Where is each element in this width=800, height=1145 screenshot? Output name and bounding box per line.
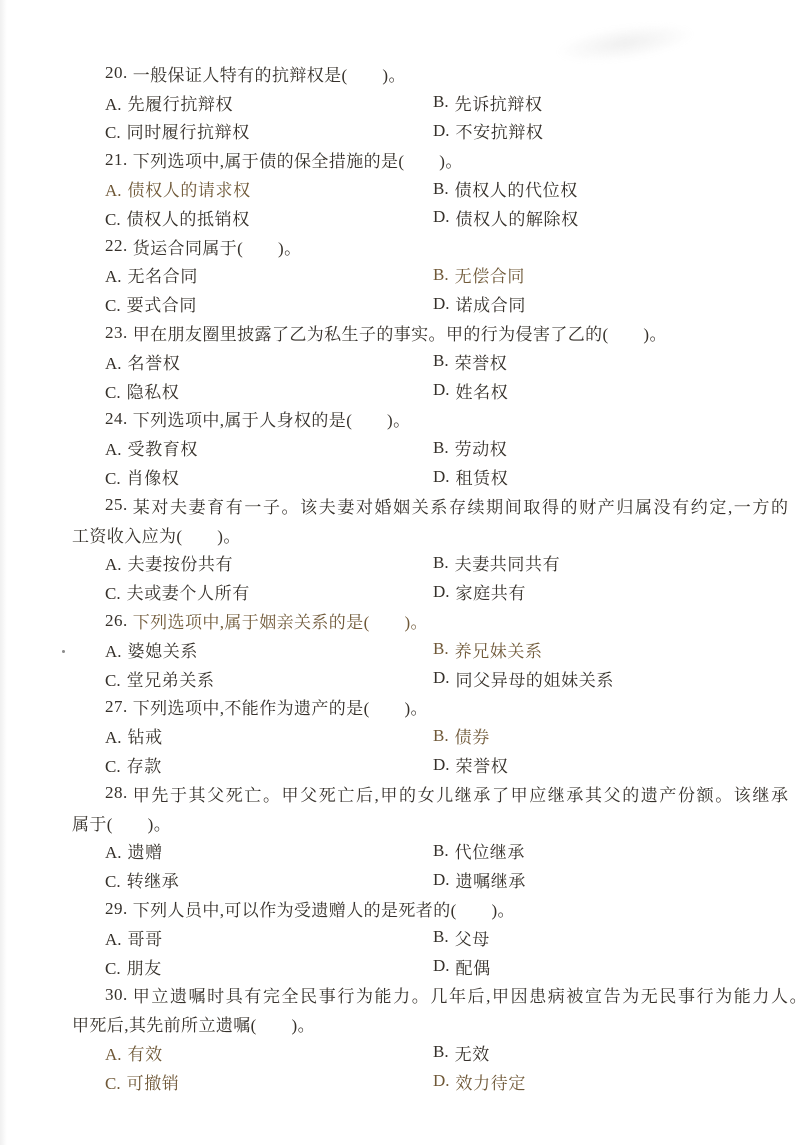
option-text: 债权人的请求权 [128, 176, 251, 201]
option-text: 债券 [455, 723, 490, 748]
option-row: A.债权人的请求权B.债权人的代位权 [72, 174, 764, 203]
question-line: 27.下列选项中,不能作为遗产的是( )。 [72, 693, 764, 722]
option-text: 姓名权 [456, 378, 509, 403]
option-b: B.无偿合同 [433, 261, 525, 290]
option-row: A.哥哥B.父母 [72, 923, 764, 952]
option-text: 堂兄弟关系 [127, 666, 215, 691]
question-list: 20.一般保证人特有的抗辩权是( )。A.先履行抗辩权B.先诉抗辩权C.同时履行… [72, 59, 764, 1096]
option-text: 父母 [455, 925, 490, 950]
option-a: A.钻戒 [105, 723, 163, 748]
question-block: 25.某对夫妻育有一子。该夫妻对婚姻关系存续期间取得的财产归属没有约定,一方的工… [72, 491, 764, 606]
option-d: D.效力待定 [433, 1067, 526, 1096]
exam-page: 20.一般保证人特有的抗辩权是( )。A.先履行抗辩权B.先诉抗辩权C.同时履行… [0, 0, 800, 1145]
option-b: B.债券 [433, 721, 490, 750]
option-text: 夫或妻个人所有 [127, 579, 250, 604]
option-row: A.无名合同B.无偿合同 [72, 261, 764, 290]
option-label: A. [105, 181, 122, 201]
option-text: 遗赠 [128, 838, 163, 863]
question-line: 25.某对夫妻育有一子。该夫妻对婚姻关系存续期间取得的财产归属没有约定,一方的 [72, 491, 764, 520]
option-d: D.荣誉权 [433, 750, 508, 779]
question-number: 29. [105, 899, 128, 919]
option-label: A. [105, 642, 122, 662]
option-text: 债权人的抵销权 [127, 205, 250, 230]
option-label: A. [105, 843, 122, 863]
option-label: B. [433, 841, 449, 861]
option-label: B. [433, 927, 449, 947]
question-line: 30.甲立遗嘱时具有完全民事行为能力。几年后,甲因患病被宣告为无民事行为能力人。 [72, 981, 764, 1010]
question-text: 下列人员中,可以作为受遗赠人的是死者的( )。 [133, 896, 515, 921]
option-text: 同时履行抗辩权 [127, 118, 250, 143]
option-label: C. [105, 210, 121, 230]
option-row: C.债权人的抵销权D.债权人的解除权 [72, 203, 764, 232]
question-block: 29.下列人员中,可以作为受遗赠人的是死者的( )。A.哥哥B.父母C.朋友D.… [72, 894, 764, 980]
option-d: D.同父异母的姐妹关系 [433, 664, 614, 693]
option-label: B. [433, 726, 449, 746]
option-row: C.要式合同D.诺成合同 [72, 289, 764, 318]
option-text: 先诉抗辩权 [455, 90, 543, 115]
option-label: B. [433, 179, 449, 199]
option-label: D. [433, 121, 450, 141]
option-label: D. [433, 956, 450, 976]
question-text: 下列选项中,属于债的保全措施的是( )。 [133, 147, 463, 172]
option-label: B. [433, 438, 449, 458]
option-a: A.有效 [105, 1040, 163, 1065]
option-text: 转继承 [127, 867, 180, 892]
option-text: 遗嘱继承 [456, 867, 526, 892]
option-d: D.姓名权 [433, 376, 508, 405]
option-label: C. [105, 123, 121, 143]
option-text: 无名合同 [128, 262, 198, 287]
option-label: D. [433, 380, 450, 400]
option-text: 家庭共有 [456, 579, 526, 604]
question-line: 属于( )。 [72, 808, 764, 837]
option-label: C. [105, 757, 121, 777]
question-number: 22. [105, 236, 128, 256]
option-b: B.父母 [433, 923, 490, 952]
option-d: D.诺成合同 [433, 289, 526, 318]
option-row: C.隐私权D.姓名权 [72, 376, 764, 405]
option-c: C.要式合同 [105, 291, 197, 316]
option-text: 同父异母的姐妹关系 [456, 666, 614, 691]
question-block: 22.货运合同属于( )。A.无名合同B.无偿合同C.要式合同D.诺成合同 [72, 232, 764, 318]
option-label: C. [105, 872, 121, 892]
option-text: 可撤销 [127, 1069, 180, 1094]
option-d: D.家庭共有 [433, 577, 526, 606]
option-row: A.有效B.无效 [72, 1038, 764, 1067]
option-text: 肖像权 [127, 464, 180, 489]
option-text: 名誉权 [128, 349, 181, 374]
option-text: 租赁权 [456, 464, 509, 489]
question-text: 甲立遗嘱时具有完全民事行为能力。几年后,甲因患病被宣告为无民事行为能力人。 [133, 982, 800, 1007]
question-number: 28. [105, 783, 128, 803]
option-b: B.债权人的代位权 [433, 174, 578, 203]
question-text: 下列选项中,属于姻亲关系的是( )。 [133, 608, 428, 633]
option-text: 存款 [127, 752, 162, 777]
question-text: 工资收入应为( )。 [72, 522, 241, 547]
question-text: 下列选项中,不能作为遗产的是( )。 [133, 694, 428, 719]
option-row: A.遗赠B.代位继承 [72, 837, 764, 866]
option-d: D.遗嘱继承 [433, 865, 526, 894]
option-text: 要式合同 [127, 291, 197, 316]
question-line: 26.下列选项中,属于姻亲关系的是( )。 [72, 606, 764, 635]
option-label: C. [105, 671, 121, 691]
option-label: A. [105, 555, 122, 575]
option-a: A.先履行抗辩权 [105, 90, 233, 115]
option-text: 哥哥 [128, 925, 163, 950]
question-block: 24.下列选项中,属于人身权的是( )。A.受教育权B.劳动权C.肖像权D.租赁… [72, 405, 764, 491]
option-label: C. [105, 296, 121, 316]
option-label: A. [105, 1045, 122, 1065]
option-row: A.受教育权B.劳动权 [72, 433, 764, 462]
question-number: 20. [105, 63, 128, 83]
option-label: C. [105, 469, 121, 489]
option-label: B. [433, 553, 449, 573]
option-a: A.哥哥 [105, 925, 163, 950]
question-block: 23.甲在朋友圈里披露了乙为私生子的事实。甲的行为侵害了乙的( )。A.名誉权B… [72, 318, 764, 404]
question-number: 27. [105, 697, 128, 717]
question-line: 工资收入应为( )。 [72, 520, 764, 549]
option-text: 效力待定 [456, 1069, 526, 1094]
option-c: C.肖像权 [105, 464, 179, 489]
question-block: 21.下列选项中,属于债的保全措施的是( )。A.债权人的请求权B.债权人的代位… [72, 145, 764, 231]
option-label: B. [433, 1042, 449, 1062]
option-b: B.代位继承 [433, 837, 525, 866]
question-text: 甲先于其父死亡。甲父死亡后,甲的女儿继承了甲应继承其父的遗产份额。该继承 [133, 781, 790, 806]
question-line: 23.甲在朋友圈里披露了乙为私生子的事实。甲的行为侵害了乙的( )。 [72, 318, 764, 347]
option-row: C.同时履行抗辩权D.不安抗辩权 [72, 117, 764, 146]
question-number: 25. [105, 495, 128, 515]
question-text: 货运合同属于( )。 [133, 234, 302, 259]
option-row: A.钻戒B.债券 [72, 721, 764, 750]
option-row: C.夫或妻个人所有D.家庭共有 [72, 577, 764, 606]
question-number: 26. [105, 611, 128, 631]
option-a: A.受教育权 [105, 435, 198, 460]
option-label: B. [433, 265, 449, 285]
option-text: 荣誉权 [456, 752, 509, 777]
option-text: 有效 [128, 1040, 163, 1065]
question-line: 22.货运合同属于( )。 [72, 232, 764, 261]
option-row: A.婆媳关系B.养兄妹关系 [72, 635, 764, 664]
question-text: 属于( )。 [72, 810, 171, 835]
question-text: 下列选项中,属于人身权的是( )。 [133, 406, 411, 431]
option-d: D.租赁权 [433, 462, 508, 491]
option-b: B.先诉抗辩权 [433, 88, 543, 117]
option-a: A.夫妻按份共有 [105, 550, 233, 575]
question-line: 20.一般保证人特有的抗辩权是( )。 [72, 59, 764, 88]
option-label: D. [433, 294, 450, 314]
question-line: 甲死后,其先前所立遗嘱( )。 [72, 1009, 764, 1038]
option-label: C. [105, 584, 121, 604]
question-line: 21.下列选项中,属于债的保全措施的是( )。 [72, 145, 764, 174]
option-c: C.债权人的抵销权 [105, 205, 250, 230]
option-d: D.配偶 [433, 952, 491, 981]
option-label: A. [105, 354, 122, 374]
option-label: A. [105, 440, 122, 460]
question-text: 甲在朋友圈里披露了乙为私生子的事实。甲的行为侵害了乙的( )。 [133, 320, 667, 345]
question-text: 一般保证人特有的抗辩权是( )。 [133, 61, 406, 86]
option-label: C. [105, 383, 121, 403]
option-label: D. [433, 755, 450, 775]
option-label: C. [105, 1074, 121, 1094]
option-text: 诺成合同 [456, 291, 526, 316]
option-b: B.荣誉权 [433, 347, 507, 376]
option-c: C.可撤销 [105, 1069, 179, 1094]
option-row: C.肖像权D.租赁权 [72, 462, 764, 491]
option-text: 受教育权 [128, 435, 198, 460]
option-text: 婆媳关系 [128, 637, 198, 662]
option-b: B.夫妻共同共有 [433, 549, 560, 578]
option-text: 劳动权 [455, 435, 508, 460]
question-number: 30. [105, 985, 128, 1005]
option-label: D. [433, 668, 450, 688]
option-a: A.名誉权 [105, 349, 180, 374]
option-b: B.养兄妹关系 [433, 635, 543, 664]
option-text: 钻戒 [128, 723, 163, 748]
option-row: C.转继承D.遗嘱继承 [72, 865, 764, 894]
option-text: 荣誉权 [455, 349, 508, 374]
question-line: 29.下列人员中,可以作为受遗赠人的是死者的( )。 [72, 894, 764, 923]
option-row: C.朋友D.配偶 [72, 952, 764, 981]
option-text: 无偿合同 [455, 262, 525, 287]
question-text: 某对夫妻育有一子。该夫妻对婚姻关系存续期间取得的财产归属没有约定,一方的 [133, 493, 790, 518]
option-text: 债权人的解除权 [456, 205, 579, 230]
option-label: D. [433, 467, 450, 487]
question-block: 26.下列选项中,属于姻亲关系的是( )。A.婆媳关系B.养兄妹关系C.堂兄弟关… [72, 606, 764, 692]
question-text: 甲死后,其先前所立遗嘱( )。 [72, 1011, 315, 1036]
question-line: 28.甲先于其父死亡。甲父死亡后,甲的女儿继承了甲应继承其父的遗产份额。该继承 [72, 779, 764, 808]
option-row: A.夫妻按份共有B.夫妻共同共有 [72, 549, 764, 578]
option-row: C.存款D.荣誉权 [72, 750, 764, 779]
option-label: A. [105, 728, 122, 748]
option-d: D.不安抗辩权 [433, 117, 544, 146]
option-label: A. [105, 267, 122, 287]
option-row: C.可撤销D.效力待定 [72, 1067, 764, 1096]
option-text: 养兄妹关系 [455, 637, 543, 662]
option-label: B. [433, 639, 449, 659]
option-label: A. [105, 95, 122, 115]
question-block: 20.一般保证人特有的抗辩权是( )。A.先履行抗辩权B.先诉抗辩权C.同时履行… [72, 59, 764, 145]
option-label: D. [433, 870, 450, 890]
question-line: 24.下列选项中,属于人身权的是( )。 [72, 405, 764, 434]
option-label: B. [433, 92, 449, 112]
option-b: B.无效 [433, 1038, 490, 1067]
option-c: C.同时履行抗辩权 [105, 118, 250, 143]
option-c: C.存款 [105, 752, 162, 777]
option-c: C.隐私权 [105, 378, 179, 403]
stray-dot-artifact [62, 650, 65, 653]
option-a: A.无名合同 [105, 262, 198, 287]
question-block: 28.甲先于其父死亡。甲父死亡后,甲的女儿继承了甲应继承其父的遗产份额。该继承属… [72, 779, 764, 894]
option-label: C. [105, 959, 121, 979]
option-text: 无效 [455, 1040, 490, 1065]
option-text: 代位继承 [455, 838, 525, 863]
option-text: 配偶 [456, 954, 491, 979]
option-label: D. [433, 582, 450, 602]
option-text: 债权人的代位权 [455, 176, 578, 201]
option-a: A.遗赠 [105, 838, 163, 863]
option-c: C.夫或妻个人所有 [105, 579, 250, 604]
option-text: 先履行抗辩权 [128, 90, 234, 115]
question-number: 23. [105, 323, 128, 343]
question-number: 21. [105, 150, 128, 170]
option-label: B. [433, 351, 449, 371]
option-text: 隐私权 [127, 378, 180, 403]
option-a: A.债权人的请求权 [105, 176, 251, 201]
option-c: C.堂兄弟关系 [105, 666, 215, 691]
option-label: D. [433, 1071, 450, 1091]
option-d: D.债权人的解除权 [433, 203, 579, 232]
option-text: 朋友 [127, 954, 162, 979]
option-text: 夫妻共同共有 [455, 550, 561, 575]
question-block: 27.下列选项中,不能作为遗产的是( )。A.钻戒B.债券C.存款D.荣誉权 [72, 693, 764, 779]
option-row: C.堂兄弟关系D.同父异母的姐妹关系 [72, 664, 764, 693]
option-a: A.婆媳关系 [105, 637, 198, 662]
option-c: C.朋友 [105, 954, 162, 979]
option-b: B.劳动权 [433, 433, 507, 462]
option-label: A. [105, 930, 122, 950]
option-c: C.转继承 [105, 867, 179, 892]
option-label: D. [433, 207, 450, 227]
option-row: A.名誉权B.荣誉权 [72, 347, 764, 376]
question-block: 30.甲立遗嘱时具有完全民事行为能力。几年后,甲因患病被宣告为无民事行为能力人。… [72, 981, 764, 1096]
option-row: A.先履行抗辩权B.先诉抗辩权 [72, 88, 764, 117]
option-text: 夫妻按份共有 [128, 550, 234, 575]
option-text: 不安抗辩权 [456, 118, 544, 143]
question-number: 24. [105, 409, 128, 429]
